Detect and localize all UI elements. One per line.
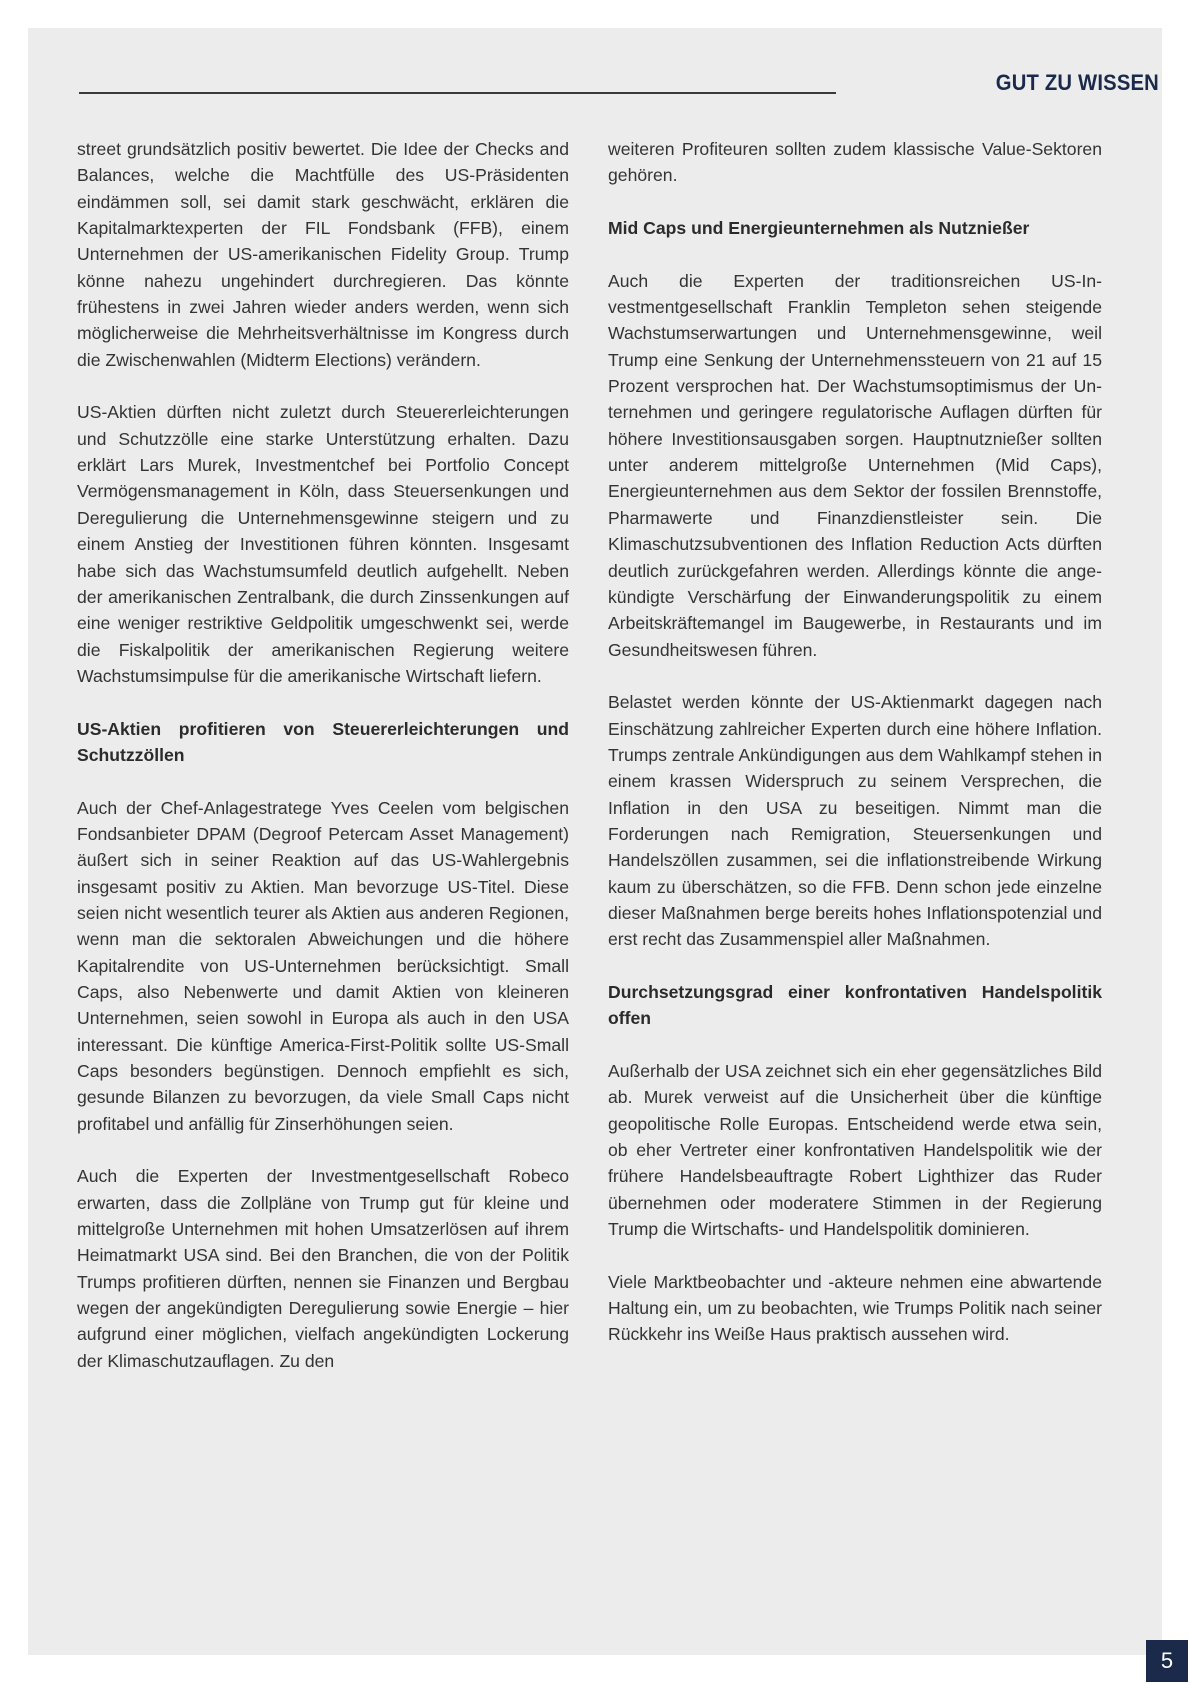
subheading: Mid Caps und Energieunternehmen als Nutz… bbox=[608, 215, 1102, 241]
paragraph: Außerhalb der USA zeichnet sich ein eher… bbox=[608, 1058, 1102, 1242]
subheading: Durchsetzungsgrad einer konfrontativen H… bbox=[608, 979, 1102, 1032]
left-column: street grundsätzlich positiv bewertet. D… bbox=[77, 136, 569, 1401]
document-page: GUT ZU WISSEN street grundsätzlich posit… bbox=[28, 28, 1162, 1655]
paragraph: street grundsätzlich positiv bewertet. D… bbox=[77, 136, 569, 373]
paragraph: Auch die Experten der Investmentgesellsc… bbox=[77, 1163, 569, 1374]
paragraph: Viele Marktbeobachter und -akteure nehme… bbox=[608, 1269, 1102, 1348]
paragraph: weiteren Profiteuren sollten zudem klass… bbox=[608, 136, 1102, 189]
paragraph: Auch der Chef-Anlagestratege Yves Ceelen… bbox=[77, 795, 569, 1137]
section-label: GUT ZU WISSEN bbox=[879, 70, 1159, 96]
paragraph: Belastet werden könnte der US-Aktienmark… bbox=[608, 689, 1102, 952]
right-column: weiteren Profiteuren sollten zudem klass… bbox=[608, 136, 1102, 1374]
paragraph: Auch die Experten der traditionsreichen … bbox=[608, 268, 1102, 663]
header-rule-divider bbox=[79, 92, 836, 94]
paragraph: US-Aktien dürften nicht zuletzt durch St… bbox=[77, 399, 569, 689]
subheading: US-Aktien profitieren von Steuererleicht… bbox=[77, 716, 569, 769]
page-number-badge: 5 bbox=[1146, 1640, 1188, 1682]
